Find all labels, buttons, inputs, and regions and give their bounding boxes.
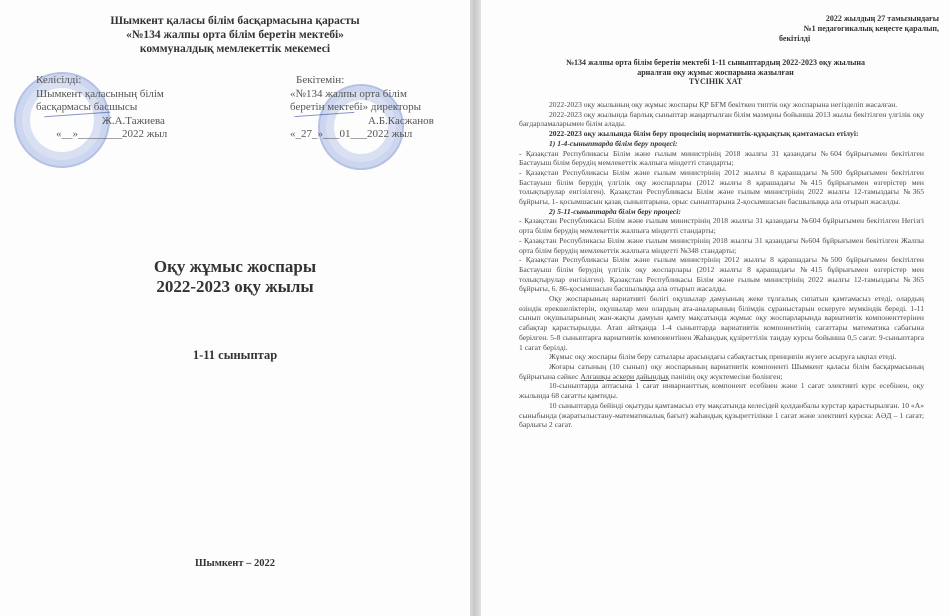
paragraph: 2022-2023 оқу жылында барлық сыныптар жа… xyxy=(519,110,924,129)
approved-block: Бекітемін: «№134 жалпы орта білім береті… xyxy=(290,74,434,142)
org-line-1: Шымкент қаласы білім басқармасына қараст… xyxy=(0,14,470,28)
agreed-line-2: басқармасы басшысы xyxy=(36,101,167,115)
organization-header: Шымкент қаласы білім басқармасына қараст… xyxy=(0,14,470,56)
approved-line-1: «№134 жалпы орта білім xyxy=(290,88,434,102)
subsection-heading: 2) 5-11-сыныптарда білім беру процесі: xyxy=(519,207,924,217)
list-item: - Қазақстан Республикасы Білім және ғылы… xyxy=(519,216,924,235)
heading-line-2: арналған оқу жұмыс жоспарына жазылған xyxy=(481,68,950,78)
list-item: - Қазақстан Республикасы Білім және ғылы… xyxy=(519,255,924,294)
approval-line-2: №1 педагогикалық кеңесте қаралып, xyxy=(759,24,939,34)
org-line-3: коммуналдық мемлекеттік мекемесі xyxy=(0,42,470,56)
document-title: Оқу жұмыс жоспары 2022-2023 оқу жылы xyxy=(0,257,470,297)
grades-label: 1-11 сыныптар xyxy=(0,348,470,363)
paragraph: Жұмыс оқу жоспары білім беру сатылары ар… xyxy=(519,352,924,362)
agreed-label: Келісілді: xyxy=(36,74,167,88)
approved-date: «_27_»___01___2022 жыл xyxy=(290,128,434,142)
note-heading: №134 жалпы орта білім беретін мектебі 1-… xyxy=(481,58,950,87)
heading-line-1: №134 жалпы орта білім беретін мектебі 1-… xyxy=(481,58,950,68)
subsection-heading: 1) 1-4-сыныптарда білім беру процесі: xyxy=(519,139,924,149)
approval-line-3: бекітілді xyxy=(759,34,939,44)
agreed-signer: Ж.А.Тажиева xyxy=(36,115,167,129)
paragraph: 10-сыныптарда аптасына 1 сағат инвариант… xyxy=(519,381,924,400)
list-item: - Қазақстан Республикасы Білім және ғылы… xyxy=(519,168,924,207)
approved-label: Бекітемін: xyxy=(290,74,434,88)
title-line-1: Оқу жұмыс жоспары xyxy=(0,257,470,277)
list-item: - Қазақстан Республикасы Білім және ғылы… xyxy=(519,149,924,168)
paragraph: 10 сыныптарда бейінді оқытуды қамтамасыз… xyxy=(519,401,924,430)
text: пәнінің оқу жүктемесіне бөлінген; xyxy=(669,372,783,381)
approved-signer: А.Б.Касжанов xyxy=(290,115,434,129)
paragraph-heading: 2022-2023 оқу жылында білім беру процесі… xyxy=(519,129,924,139)
explanatory-note-page: 2022 жылдың 27 тамызындағы №1 педагогика… xyxy=(481,0,950,616)
note-body: 2022-2023 оқу жылының оқу жұмыс жоспары … xyxy=(519,100,924,430)
approved-line-2: беретін мектебі» директоры xyxy=(290,101,434,115)
title-page: Шымкент қаласы білім басқармасына қараст… xyxy=(0,0,470,616)
agreed-line-1: Шымкент қаласының білім xyxy=(36,88,167,102)
list-item: - Қазақстан Республикасы Білім және ғылы… xyxy=(519,236,924,255)
org-line-2: «№134 жалпы орта білім беретін мектебі» xyxy=(0,28,470,42)
underlined-subject: Алғашқы әскери дайындық xyxy=(580,372,669,381)
approval-line-1: 2022 жылдың 27 тамызындағы xyxy=(759,14,939,24)
paragraph: Оқу жоспарының вариативті бөлігі оқушыла… xyxy=(519,294,924,352)
approval-note: 2022 жылдың 27 тамызындағы №1 педагогика… xyxy=(759,14,939,44)
city-year: Шымкент – 2022 xyxy=(0,558,470,569)
heading-line-3: ТҮСІНІК ХАТ xyxy=(481,77,950,87)
title-line-2: 2022-2023 оқу жылы xyxy=(0,277,470,297)
paragraph: Жоғары сатының (10 сынып) оқу жоспарының… xyxy=(519,362,924,381)
agreed-date: «__»________2022 жыл xyxy=(36,128,167,142)
paragraph: 2022-2023 оқу жылының оқу жұмыс жоспары … xyxy=(519,100,924,110)
agreed-block: Келісілді: Шымкент қаласының білім басқа… xyxy=(36,74,167,142)
page-divider xyxy=(470,0,481,616)
